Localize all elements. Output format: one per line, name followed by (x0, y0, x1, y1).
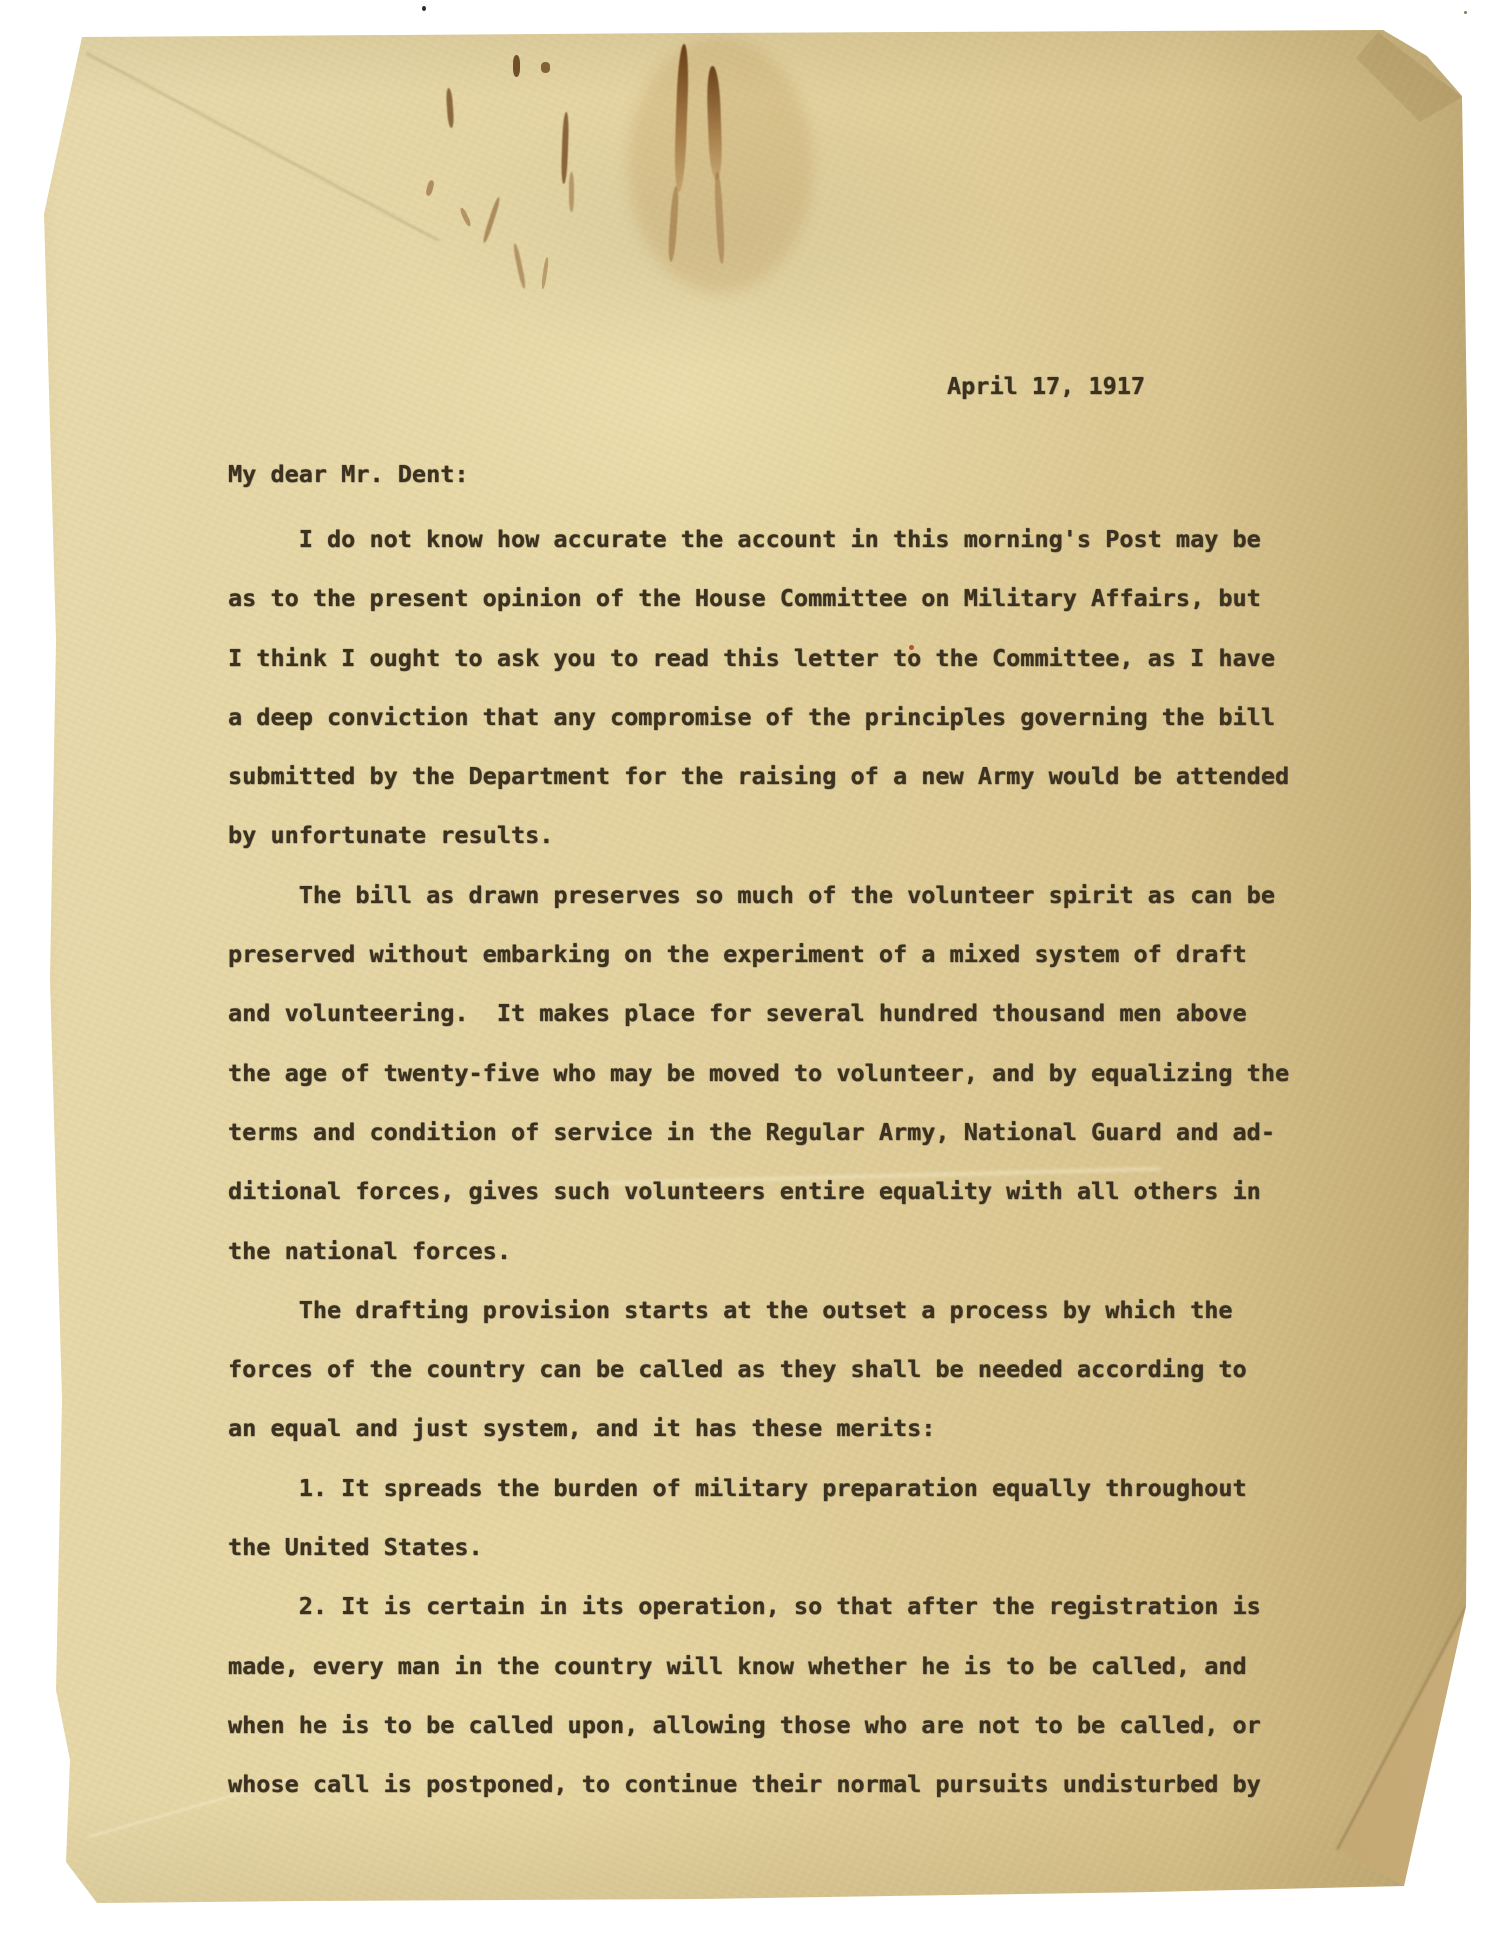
rust-streak-stain (569, 172, 574, 212)
letter-line: 2. It is certain in its operation, so th… (228, 1577, 1289, 1636)
letter-salutation: My dear Mr. Dent: (228, 445, 469, 504)
letter-date: April 17, 1917 (947, 357, 1145, 416)
scan-canvas: { "document": { "kind": "typewritten-let… (0, 0, 1500, 1937)
letter-line: made, every man in the country will know… (228, 1637, 1289, 1696)
letter-line: preserved without embarking on the exper… (228, 925, 1289, 984)
rust-spot (513, 55, 520, 77)
letter-line: forces of the country can be called as t… (228, 1340, 1289, 1399)
letter-line: The drafting provision starts at the out… (228, 1281, 1289, 1340)
dust-speck (422, 6, 426, 11)
letter-line: as to the present opinion of the House C… (228, 569, 1289, 628)
letter-line: and volunteering. It makes place for sev… (228, 984, 1289, 1043)
letter-line: when he is to be called upon, allowing t… (228, 1696, 1289, 1755)
letter-line: ditional forces, gives such volunteers e… (228, 1162, 1289, 1221)
letter-line: whose call is postponed, to continue the… (228, 1755, 1289, 1814)
letter-line: the United States. (228, 1518, 1289, 1577)
letter-line: I do not know how accurate the account i… (228, 510, 1289, 569)
letter-line: terms and condition of service in the Re… (228, 1103, 1289, 1162)
dust-speck (1464, 11, 1467, 14)
rust-spot (541, 62, 550, 73)
letter-line: the national forces. (228, 1222, 1289, 1281)
letter-line: 1. It spreads the burden of military pre… (228, 1459, 1289, 1518)
letter-line: by unfortunate results. (228, 806, 1289, 865)
letter-line: submitted by the Department for the rais… (228, 747, 1289, 806)
letter-body: I do not know how accurate the account i… (228, 510, 1289, 1815)
letter-line: a deep conviction that any compromise of… (228, 688, 1289, 747)
letter-line: an equal and just system, and it has the… (228, 1399, 1289, 1458)
letter-line: the age of twenty-five who may be moved … (228, 1044, 1289, 1103)
paper-sheet: April 17, 1917 My dear Mr. Dent: I do no… (0, 0, 1500, 1937)
letter-line: I think I ought to ask you to read this … (228, 629, 1289, 688)
letter-line: The bill as drawn preserves so much of t… (228, 866, 1289, 925)
